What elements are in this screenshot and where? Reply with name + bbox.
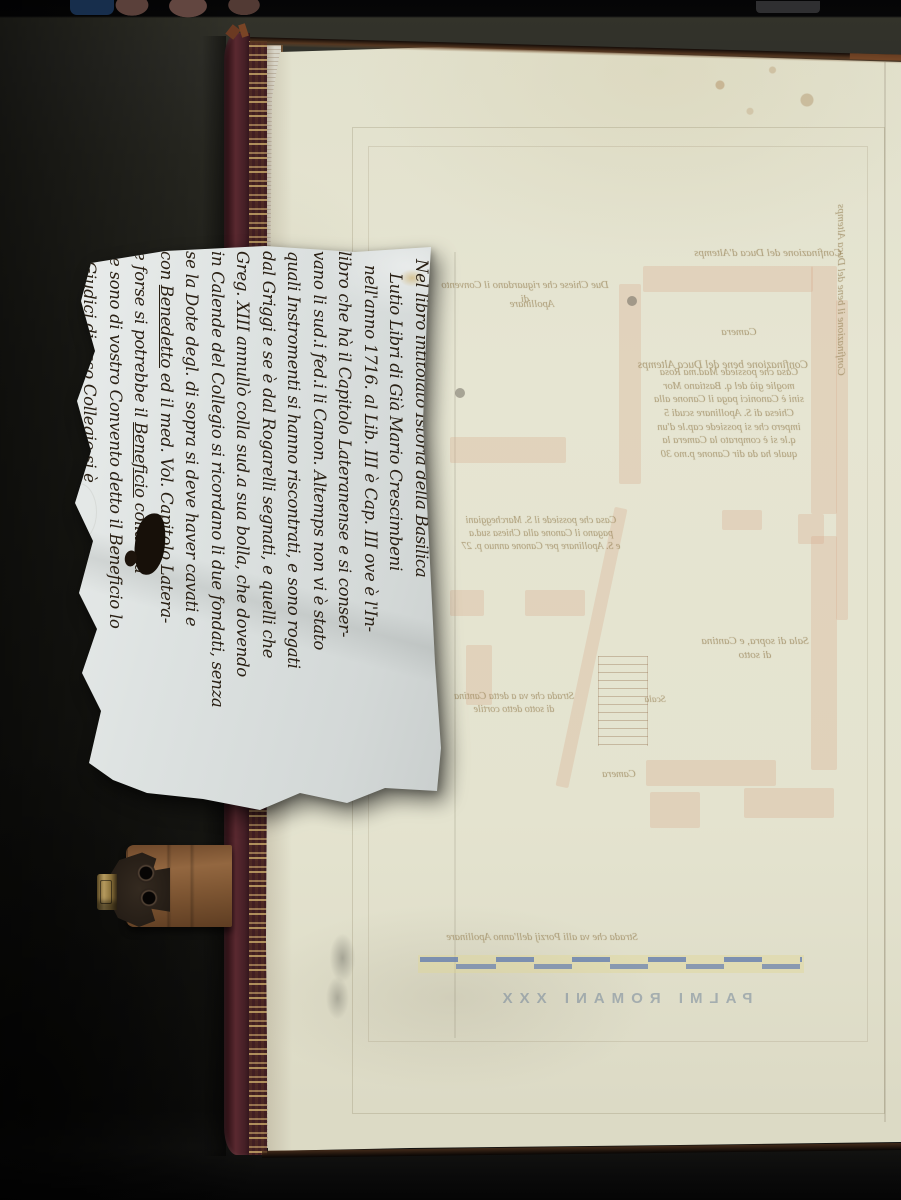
plan-label: Camera	[710, 325, 768, 339]
plan-wall	[450, 437, 566, 463]
page-crease	[454, 252, 456, 1038]
scale-bar-upper-dashes	[420, 957, 802, 962]
handwriting-line: quali Instromenti si hanno riscontrati, …	[281, 251, 307, 803]
plan-label: PALMI ROMANI XXX	[465, 990, 783, 1008]
page-crease	[884, 62, 886, 1122]
handwriting-line: se la Dote degl. di sopra si deve haver …	[179, 251, 205, 803]
fingertips-top-edge	[108, 0, 276, 19]
plan-label: Strada che va a detta Cantina di sotto d…	[438, 690, 590, 716]
ink-dot	[627, 296, 637, 306]
handwriting-line: Lutio Libri di Già Mario Crescimbeni	[383, 251, 409, 803]
gray-blot	[315, 928, 365, 1028]
plan-wall	[643, 266, 813, 292]
plan-label: Scala	[636, 694, 674, 706]
manuscript-note: Nel libro intitolato Istoria della Basil…	[55, 243, 447, 821]
plan-wall	[650, 792, 700, 828]
handwriting-line: vano li sud.i fed.i li Canon. Altemps no…	[307, 251, 333, 803]
handwriting-line: e sono di vostro Convento detto il Benef…	[103, 251, 129, 803]
foxing-stains	[690, 55, 840, 130]
handwriting-line: Giudici di esso Collegio si è	[77, 251, 103, 803]
photograph-of-open-archive-volume: Confinazione del Duca d'AltempsDue Chies…	[0, 0, 901, 1200]
plan-wall	[646, 760, 776, 786]
handwriting-line: in Calende del Collegio si ricordano li …	[205, 251, 231, 803]
handwriting-line: Greg. XIII annullò colla sud.a sua bolla…	[230, 251, 256, 803]
plan-wall	[450, 590, 484, 616]
plan-label: Casa che possiede il S. Marcheggiani pag…	[446, 514, 636, 553]
ink-dot	[455, 388, 465, 398]
clasp-brass-catch	[97, 874, 117, 910]
plan-label: Strada che va alli Porzij dell'anno Apol…	[424, 931, 660, 945]
plan-wall	[798, 514, 824, 544]
plan-label: Sala di sopra, e Cantina di sotto	[684, 634, 826, 663]
plan-label: Apollinare	[492, 298, 572, 312]
note-lines: Nel libro intitolato Istoria della Basil…	[68, 251, 434, 803]
clasp-rivet-hole	[139, 888, 159, 908]
clasp-rivet-hole	[136, 863, 156, 883]
leather-wear-highlight	[850, 53, 901, 61]
handwriting-line: dal Griggi e se è dal Rogarelli segnati,…	[256, 251, 282, 803]
gray-object-top-edge	[756, 1, 820, 13]
plan-label: Casa che possiede Mad.ma Rosa moglie già…	[638, 366, 820, 461]
handwriting-line: libro che hà il Capitolo Lateranense e s…	[332, 251, 358, 803]
plan-label: Confinazione il bene del Duca Altemps	[834, 180, 848, 400]
plan-label: Camera	[590, 768, 648, 782]
plan-wall	[722, 510, 762, 530]
handwriting-line: Nel libro intitolato Istoria della Basil…	[409, 251, 435, 803]
plan-wall	[744, 788, 834, 818]
scale-bar-lower-dashes	[420, 964, 802, 969]
handwriting-line: nell'anno 1716. al Lib. III è Cap. III o…	[358, 251, 384, 803]
torn-paper: Nel libro intitolato Istoria della Basil…	[55, 243, 447, 821]
plan-label: Confinazione del Duca d'Altemps	[642, 246, 894, 260]
plan-wall	[525, 590, 585, 616]
